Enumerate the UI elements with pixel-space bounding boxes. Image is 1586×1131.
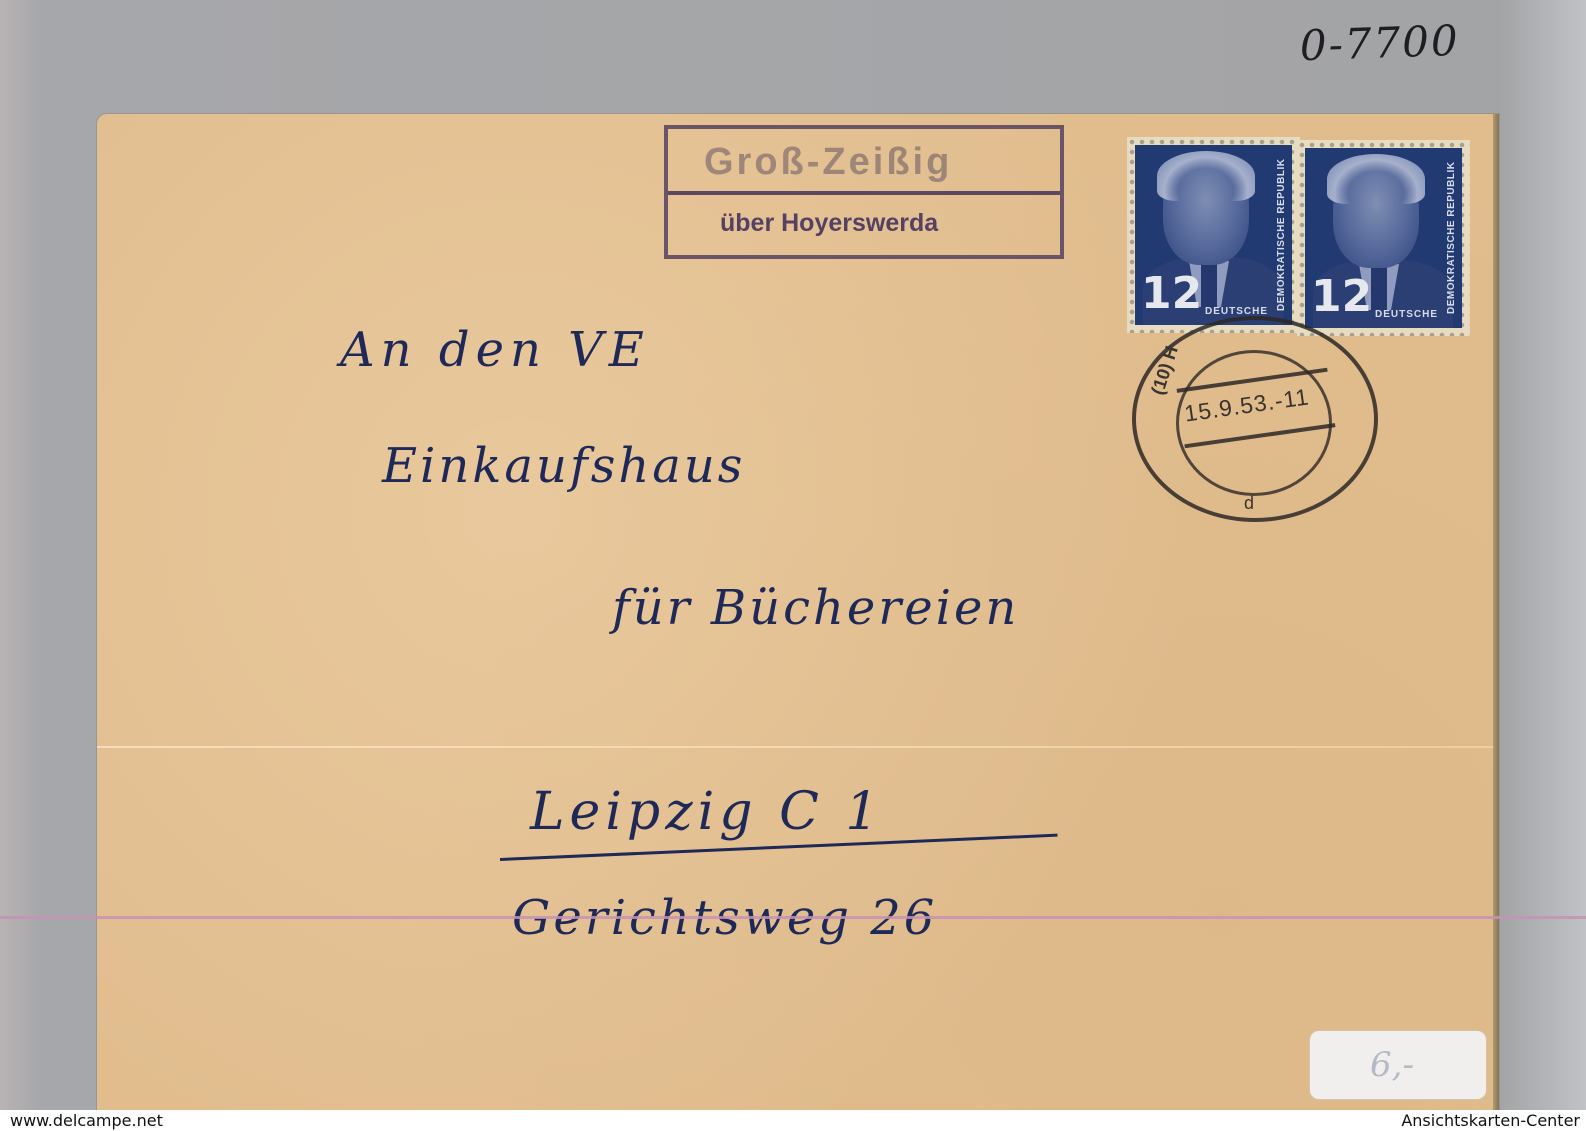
portrait-hair xyxy=(1157,151,1255,201)
stamp-country: DEUTSCHE xyxy=(1375,309,1438,320)
pencil-note: 0-7700 xyxy=(1299,15,1491,82)
stamp-1: 12 DEUTSCHE DEMOKRATISCHE REPUBLIK xyxy=(1127,137,1300,333)
watermark-bar: www.delcampe.net Ansichtskarten-Center xyxy=(0,1110,1586,1131)
cachet-via: über Hoyerswerda xyxy=(668,195,1060,251)
watermark-seller: Ansichtskarten-Center xyxy=(1401,1111,1580,1130)
postmark: 15.9.53.-11 (10) H d xyxy=(1132,316,1378,522)
price-text: 6,- xyxy=(1370,1045,1414,1085)
address-line-2: Einkaufshaus xyxy=(382,438,745,494)
stamp-republic: DEMOKRATISCHE REPUBLIK xyxy=(1446,152,1460,324)
address-line-3: für Büchereien xyxy=(612,580,1019,636)
stamp-design: 12 DEUTSCHE DEMOKRATISCHE REPUBLIK xyxy=(1305,148,1462,328)
town-cachet: Groß-Zeißig über Hoyerswerda xyxy=(664,125,1064,259)
address-city: Leipzig C 1 xyxy=(530,782,883,842)
postmark-letter: d xyxy=(1244,493,1254,514)
stamp-value: 12 xyxy=(1311,271,1372,322)
portrait-hair xyxy=(1327,154,1425,204)
price-sticker: 6,- xyxy=(1310,1031,1486,1099)
cachet-town: Groß-Zeißig xyxy=(668,129,1060,195)
address-line-1: An den VE xyxy=(340,322,650,378)
stamp-value: 12 xyxy=(1141,268,1202,319)
stamp-design: 12 DEUTSCHE DEMOKRATISCHE REPUBLIK xyxy=(1135,145,1292,325)
watermark-delcampe: www.delcampe.net xyxy=(10,1111,163,1130)
stamp-republic: DEMOKRATISCHE REPUBLIK xyxy=(1276,149,1290,321)
fold-line xyxy=(97,746,1499,748)
envelope-edge xyxy=(1493,114,1499,1110)
overlay-line xyxy=(0,916,1586,919)
stamp-2: 12 DEUTSCHE DEMOKRATISCHE REPUBLIK xyxy=(1297,140,1470,336)
